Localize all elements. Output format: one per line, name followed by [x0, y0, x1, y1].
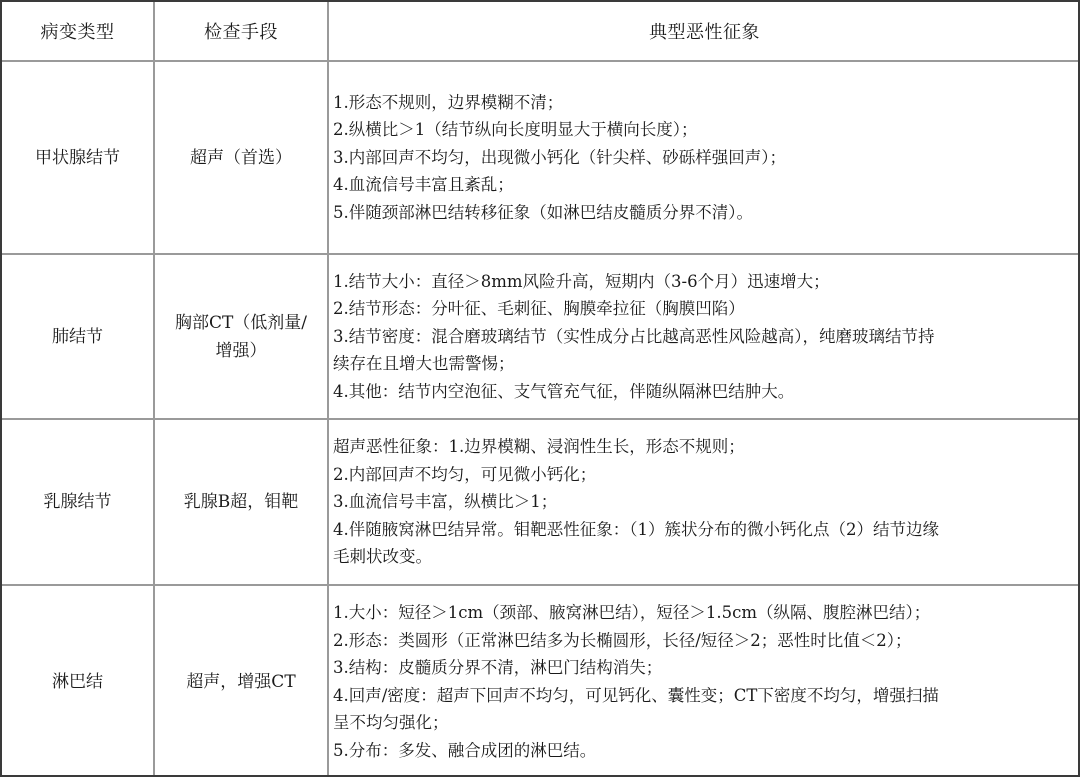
table-outer-border [0, 0, 1080, 777]
